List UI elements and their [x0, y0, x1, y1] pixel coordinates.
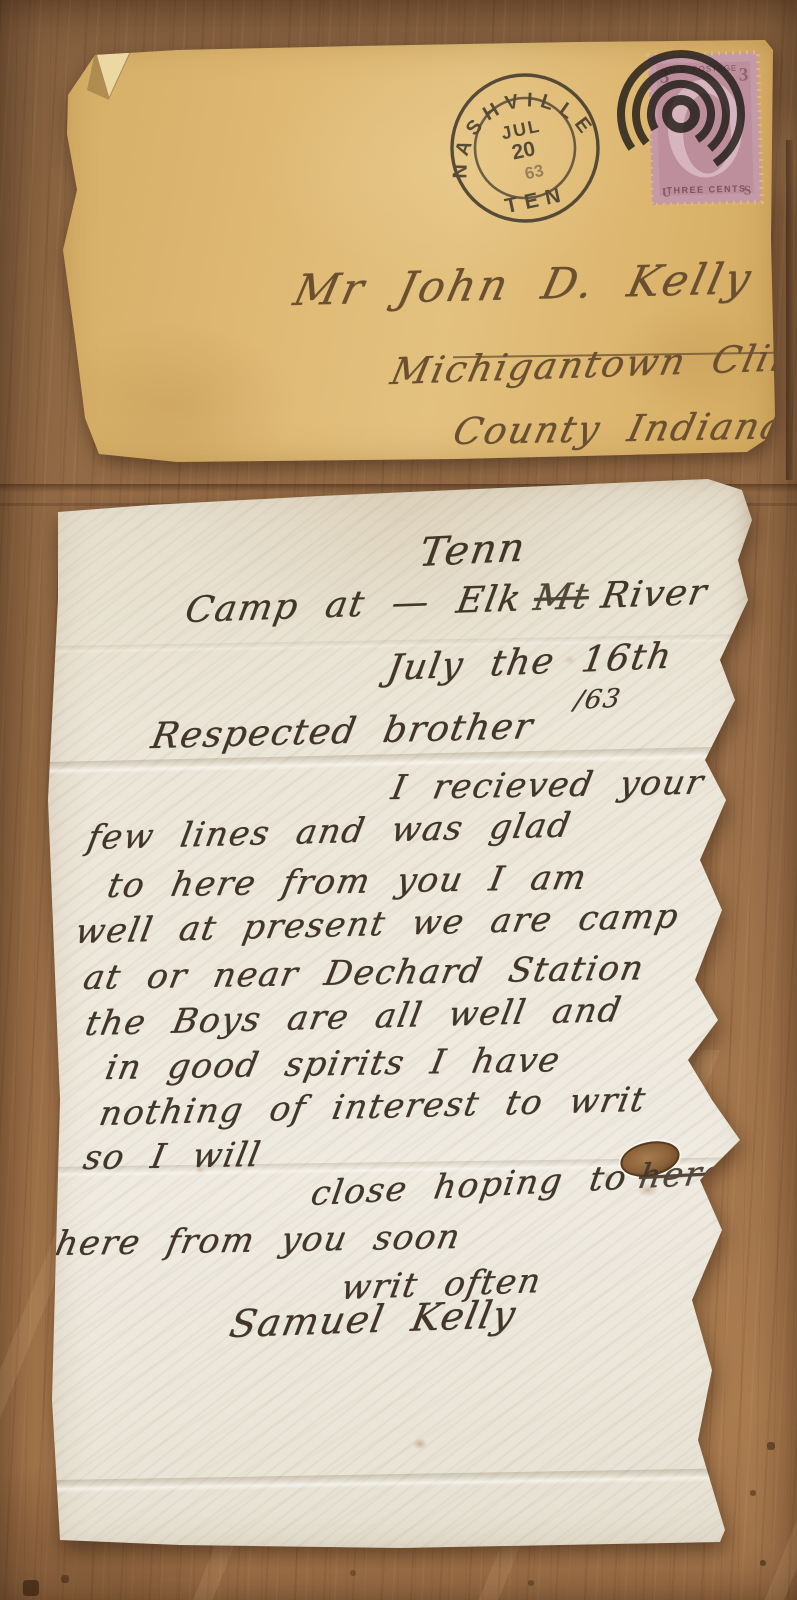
postmark-day: 20 — [510, 137, 538, 164]
letter-line: so I will — [80, 1135, 265, 1178]
letter-heading-year: /63 — [572, 684, 624, 716]
stamp-numeral-top-right: 3 — [739, 64, 749, 85]
letter-shadow-wrap: Tenn Camp at — ElkMtRiver July the 16th … — [48, 478, 756, 1553]
letter-line: to here from you I am — [104, 858, 591, 906]
photo-of-letter-and-envelope: NASHVILLE JUL 20 63 TEN 3 3 U.S. POSTAGE — [0, 0, 797, 1600]
letter-line: I recieved your — [388, 763, 708, 808]
letter-line: in good spirits I have — [102, 1040, 564, 1088]
address-line-3: County Indiana — [449, 404, 790, 453]
postmark: NASHVILLE JUL 20 63 TEN — [431, 61, 615, 236]
heading-camp-struck-word: Mt — [531, 576, 593, 619]
postmark-year: 63 — [523, 161, 545, 184]
envelope-shadow-wrap: NASHVILLE JUL 20 63 TEN 3 3 U.S. POSTAGE — [57, 38, 779, 466]
stamp-mark-bottom-left: U — [662, 184, 672, 199]
envelope: NASHVILLE JUL 20 63 TEN 3 3 U.S. POSTAGE — [57, 38, 779, 466]
wood-knots-and-specks — [0, 0, 2, 2]
heading-camp-post: River — [598, 572, 711, 617]
torn-corner-flap — [87, 46, 133, 100]
letter-paper: Tenn Camp at — ElkMtRiver July the 16th … — [48, 478, 756, 1553]
letter-closing-line: here from you soon — [52, 1217, 464, 1264]
letter-heading-place: Tenn — [416, 525, 529, 576]
stamp-mark-bottom-right: S — [744, 182, 752, 197]
envelope-markings: NASHVILLE JUL 20 63 TEN 3 3 U.S. POSTAGE — [57, 38, 779, 466]
closing-struck-word: here — [636, 1153, 728, 1197]
wood-plank-gap-right — [786, 140, 793, 480]
stamp-bottom-text: THREE CENTS — [666, 183, 746, 195]
